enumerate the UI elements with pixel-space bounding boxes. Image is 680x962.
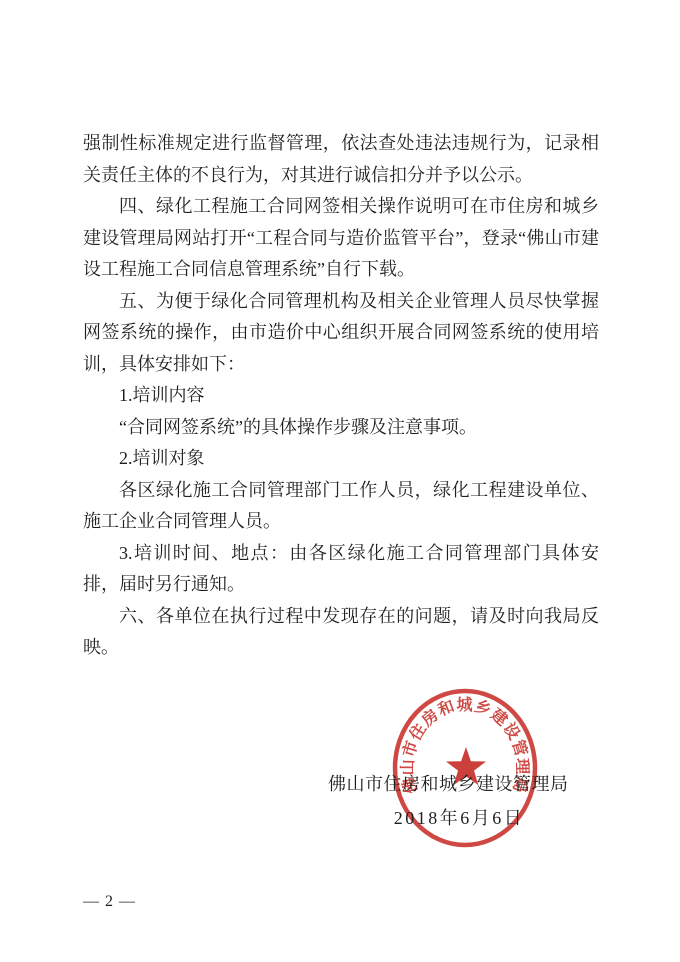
- paragraph: 2.培训对象: [83, 443, 599, 475]
- paragraph: 四、绿化工程施工合同网签相关操作说明可在市住房和城乡建设管理局网站打开“工程合同…: [83, 191, 599, 286]
- signature-agency: 佛山市住房和城乡建设管理局: [328, 770, 566, 796]
- paragraph: 六、各单位在执行过程中发现存在的问题，请及时向我局反映。: [83, 601, 599, 664]
- paragraph: 各区绿化施工合同管理部门工作人员，绿化工程建设单位、施工企业合同管理人员。: [83, 475, 599, 538]
- paragraph-text: 强制性标准规定进行监督管理，依法查处违法违规行为，记录相关责任主体的不良行为，对…: [83, 133, 599, 185]
- paragraph-text: 六、各单位在执行过程中发现存在的问题，请及时向我局反映。: [83, 606, 599, 658]
- paragraph: “合同网签系统”的具体操作步骤及注意事项。: [83, 412, 599, 444]
- paragraph-text: 五、为便于绿化合同管理机构及相关企业管理人员尽快掌握网签系统的操作，由市造价中心…: [83, 291, 599, 374]
- signature-date: 2018年6月6日: [378, 804, 540, 830]
- paragraph-text: 2.培训对象: [119, 448, 205, 468]
- paragraph-text: 3.培训时间、地点：由各区绿化施工合同管理部门具体安排，届时另行通知。: [83, 543, 599, 595]
- page-number: — 2 —: [83, 893, 136, 911]
- paragraph: 3.培训时间、地点：由各区绿化施工合同管理部门具体安排，届时另行通知。: [83, 538, 599, 601]
- document-page: 强制性标准规定进行监督管理，依法查处违法违规行为，记录相关责任主体的不良行为，对…: [0, 0, 680, 962]
- paragraph-text: 各区绿化施工合同管理部门工作人员，绿化工程建设单位、施工企业合同管理人员。: [83, 480, 599, 532]
- paragraph: 强制性标准规定进行监督管理，依法查处违法违规行为，记录相关责任主体的不良行为，对…: [83, 128, 599, 191]
- paragraph-text: 1.培训内容: [119, 385, 205, 405]
- paragraph-text: “合同网签系统”的具体操作步骤及注意事项。: [119, 417, 477, 437]
- body-text: 强制性标准规定进行监督管理，依法查处违法违规行为，记录相关责任主体的不良行为，对…: [83, 128, 599, 664]
- paragraph: 五、为便于绿化合同管理机构及相关企业管理人员尽快掌握网签系统的操作，由市造价中心…: [83, 286, 599, 381]
- paragraph-text: 四、绿化工程施工合同网签相关操作说明可在市住房和城乡建设管理局网站打开“工程合同…: [83, 196, 599, 279]
- paragraph: 1.培训内容: [83, 380, 599, 412]
- official-seal: 佛山市住房和城乡建设管理局: [385, 681, 545, 857]
